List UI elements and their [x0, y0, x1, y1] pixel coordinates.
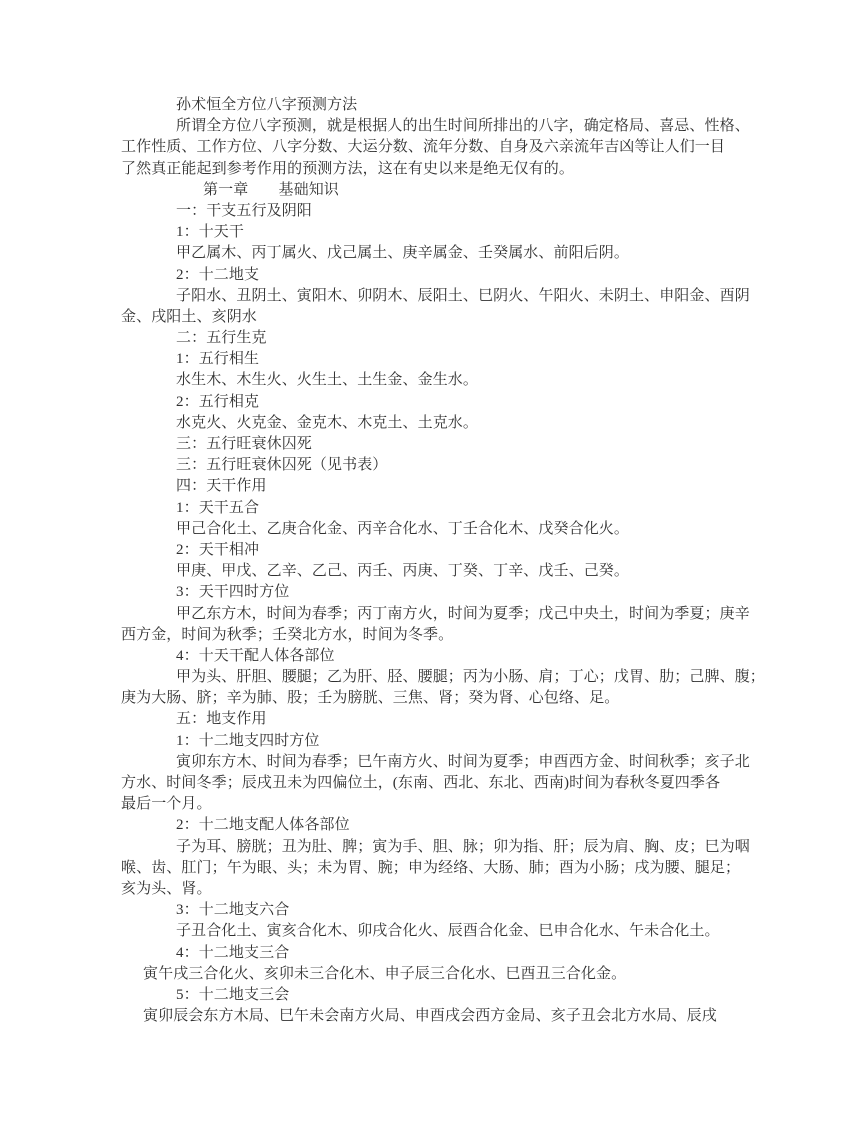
text-line: 水生木、木生火、火生土、土生金、金生水。: [121, 370, 761, 391]
text-line: 亥为头、肾。: [121, 879, 761, 900]
text-line: 5：十二地支三会: [121, 985, 761, 1006]
text-line: 2：十二地支: [121, 265, 761, 286]
text-line: 一：干支五行及阴阳: [121, 201, 761, 222]
text-line: 寅卯辰会东方木局、巳午未会南方火局、申酉戌会西方金局、亥子丑会北方水局、辰戌: [121, 1006, 761, 1027]
text-line: 四：天干作用: [121, 476, 761, 497]
text-line: 三：五行旺衰休囚死: [121, 434, 761, 455]
text-line: 4：十二地支三合: [121, 943, 761, 964]
text-line: 2：十二地支配人体各部位: [121, 815, 761, 836]
text-line: 3：天干四时方位: [121, 582, 761, 603]
text-line: 甲乙属木、丙丁属火、戊己属土、庚辛属金、壬癸属水、前阳后阴。: [121, 243, 761, 264]
text-line: 水克火、火克金、金克木、木克土、土克水。: [121, 413, 761, 434]
text-line: 五：地支作用: [121, 709, 761, 730]
document-page: 孙术恒全方位八字预测方法所谓全方位八字预测，就是根据人的出生时间所排出的八字，确…: [0, 0, 866, 1122]
text-line: 三：五行旺衰休囚死（见书表）: [121, 455, 761, 476]
text-line: 甲乙东方木，时间为春季；丙丁南方火，时间为夏季；戊己中央土，时间为季夏；庚辛: [121, 604, 761, 625]
text-line: 1：十天干: [121, 222, 761, 243]
text-line: 二：五行生克: [121, 328, 761, 349]
text-line: 1：十二地支四时方位: [121, 731, 761, 752]
text-line: 喉、齿、肛门；午为眼、头；未为胃、腕；申为经络、大肠、肺；酉为小肠；戌为腰、腿足…: [121, 858, 761, 879]
text-line: 工作性质、工作方位、八字分数、大运分数、流年分数、自身及六亲流年吉凶等让人们一目: [121, 137, 761, 158]
text-line: 甲为头、肝胆、腰腿；乙为肝、胫、腰腿；丙为小肠、肩；丁心；戊胃、肋；己脾、腹；: [121, 667, 761, 688]
text-line: 庚为大肠、脐；辛为肺、股；壬为膀胱、三焦、肾；癸为肾、心包络、足。: [121, 688, 761, 709]
text-line: 子丑合化土、寅亥合化木、卯戌合化火、辰酉合化金、巳申合化水、午未合化土。: [121, 921, 761, 942]
text-line: 金、戌阳土、亥阴水: [121, 307, 761, 328]
text-line: 子阳水、丑阴土、寅阳木、卯阴木、辰阳土、巳阴火、午阳火、未阴土、申阳金、酉阴: [121, 286, 761, 307]
text-line: 3：十二地支六合: [121, 900, 761, 921]
text-line: 所谓全方位八字预测，就是根据人的出生时间所排出的八字，确定格局、喜忌、性格、: [121, 116, 761, 137]
text-line: 最后一个月。: [121, 794, 761, 815]
text-line: 西方金，时间为秋季；壬癸北方水，时间为冬季。: [121, 625, 761, 646]
text-line: 寅午戌三合化火、亥卯未三合化木、申子辰三合化水、巳酉丑三合化金。: [121, 964, 761, 985]
text-line: 子为耳、膀胱；丑为肚、脾；寅为手、胆、脉；卯为指、肝；辰为肩、胸、皮；巳为咽: [121, 837, 761, 858]
text-line: 4：十天干配人体各部位: [121, 646, 761, 667]
document-text: 孙术恒全方位八字预测方法所谓全方位八字预测，就是根据人的出生时间所排出的八字，确…: [121, 95, 761, 1027]
text-line: 1：五行相生: [121, 349, 761, 370]
text-line: 寅卯东方木、时间为春季；巳午南方火、时间为夏季；申酉西方金、时间秋季；亥子北: [121, 752, 761, 773]
text-line: 了然真正能起到参考作用的预测方法，这在有史以来是绝无仅有的。: [121, 159, 761, 180]
text-line: 方水、时间冬季；辰戌丑未为四偏位土，(东南、西北、东北、西南)时间为春秋冬夏四季…: [121, 773, 761, 794]
text-line: 甲庚、甲戊、乙辛、乙己、丙壬、丙庚、丁癸、丁辛、戊壬、己癸。: [121, 561, 761, 582]
text-line: 甲己合化土、乙庚合化金、丙辛合化水、丁壬合化木、戊癸合化火。: [121, 519, 761, 540]
text-line: 1：天干五合: [121, 498, 761, 519]
text-line: 第一章 基础知识: [121, 180, 761, 201]
text-line: 2：五行相克: [121, 392, 761, 413]
text-line: 2：天干相冲: [121, 540, 761, 561]
text-line: 孙术恒全方位八字预测方法: [121, 95, 761, 116]
